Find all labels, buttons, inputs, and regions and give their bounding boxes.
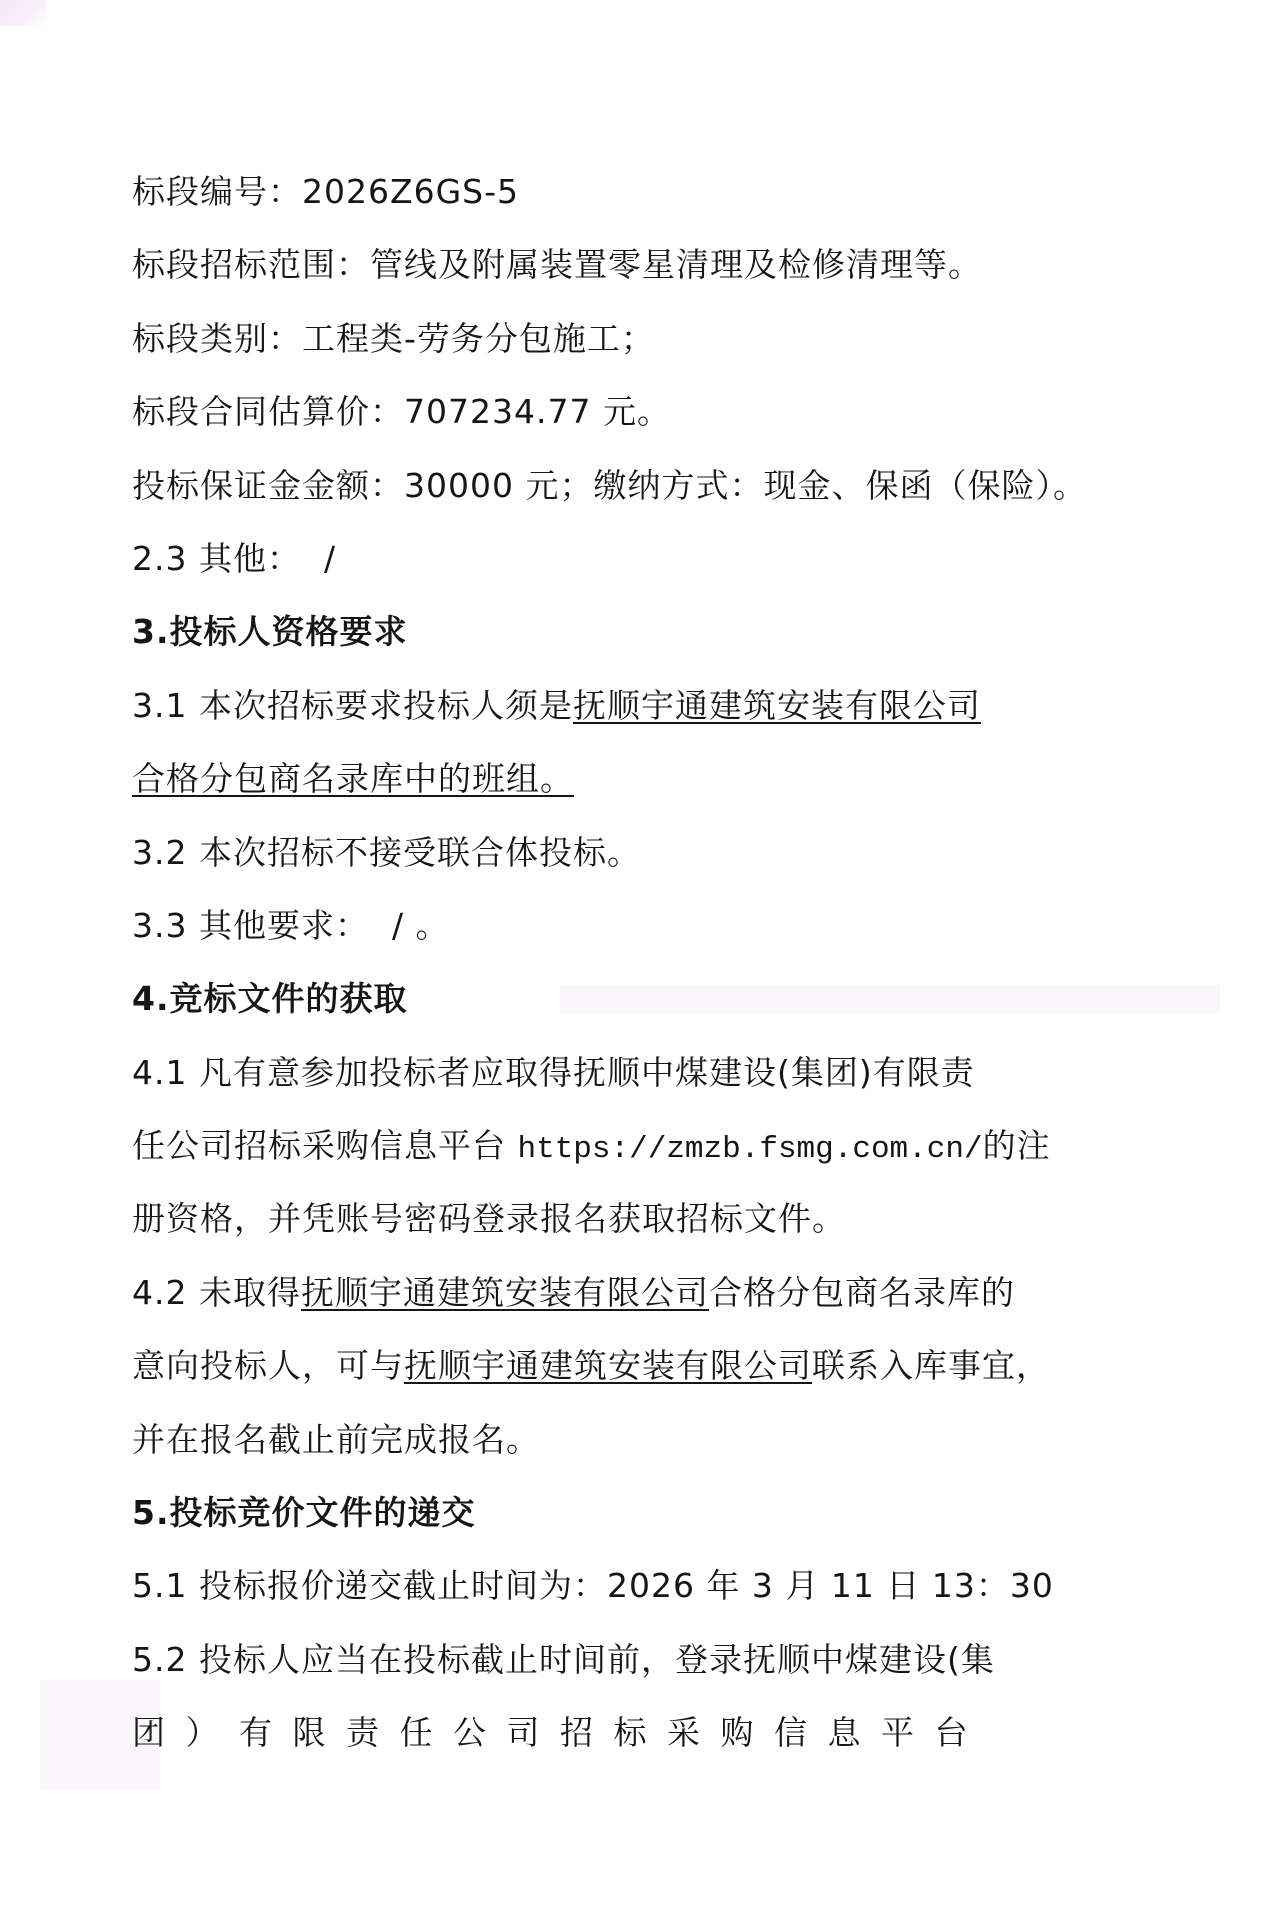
other-2-3: 2.3 其他： /: [132, 522, 1092, 595]
lot-number-line: 标段编号：2026Z6GS-5: [132, 155, 1092, 228]
item-3-1-line2: 合格分包商名录库中的班组。: [132, 742, 1092, 815]
lot-category-line: 标段类别：工程类-劳务分包施工；: [132, 302, 1092, 375]
item-3-3: 3.3 其他要求： / 。: [132, 889, 1092, 962]
lot-number-label: 标段编号：: [132, 172, 302, 211]
item-4-2-line2-suffix: 联系入库事宜，: [812, 1346, 1050, 1385]
lot-scope-line: 标段招标范围：管线及附属装置零星清理及检修清理等。: [132, 228, 1092, 301]
document-page: 标段编号：2026Z6GS-5 标段招标范围：管线及附属装置零星清理及检修清理等…: [132, 155, 1092, 1770]
section-5-heading: 5.投标竞价文件的递交: [132, 1476, 1092, 1549]
section-3-heading: 3.投标人资格要求: [132, 595, 1092, 668]
scan-artifact: [0, 0, 46, 26]
lot-scope-value: 管线及附属装置零星清理及检修清理等。: [370, 245, 982, 284]
item-4-1-line2: 任公司招标采购信息平台 https://zmzb.fsmg.com.cn/的注: [132, 1109, 1092, 1182]
item-3-1-line1: 3.1 本次招标要求投标人须是抚顺宇通建筑安装有限公司: [132, 669, 1092, 742]
company-name-underlined: 抚顺宇通建筑安装有限公司: [573, 686, 981, 725]
platform-name: 任公司招标采购信息平台: [132, 1126, 518, 1165]
bid-deposit-label: 投标保证金金额：: [132, 466, 404, 505]
item-4-2-suffix: 合格分包商名录库的: [709, 1273, 1015, 1312]
lot-category-label: 标段类别：: [132, 319, 302, 358]
item-3-1-text: 3.1 本次招标要求投标人须是: [132, 686, 573, 725]
item-4-1-line3: 册资格，并凭账号密码登录报名获取招标文件。: [132, 1182, 1092, 1255]
contract-estimate-label: 标段合同估算价：: [132, 392, 404, 431]
item-4-2-line1: 4.2 未取得抚顺宇通建筑安装有限公司合格分包商名录库的: [132, 1256, 1092, 1329]
company-name-underlined: 抚顺宇通建筑安装有限公司: [301, 1273, 709, 1312]
item-4-2-line2: 意向投标人，可与抚顺宇通建筑安装有限公司联系入库事宜，: [132, 1329, 1092, 1402]
lot-scope-label: 标段招标范围：: [132, 245, 370, 284]
item-5-1-deadline: 5.1 投标报价递交截止时间为：2026 年 3 月 11 日 13：30: [132, 1549, 1092, 1622]
contract-estimate-value: 707234.77 元。: [404, 392, 671, 431]
section-4-heading: 4.竞标文件的获取: [132, 962, 1092, 1035]
contract-estimate-line: 标段合同估算价：707234.77 元。: [132, 375, 1092, 448]
item-4-2-line2-prefix: 意向投标人，可与: [132, 1346, 404, 1385]
item-4-2-line3: 并在报名截止前完成报名。: [132, 1403, 1092, 1476]
platform-url-link[interactable]: https://zmzb.fsmg.com.cn/: [518, 1132, 983, 1167]
lot-number-value: 2026Z6GS-5: [302, 172, 519, 211]
item-4-1-line2-suffix: 的注: [983, 1126, 1051, 1165]
qualified-roster-underlined: 合格分包商名录库中的班组。: [132, 759, 574, 798]
company-name-underlined: 抚顺宇通建筑安装有限公司: [404, 1346, 812, 1385]
item-5-2-line1: 5.2 投标人应当在投标截止时间前，登录抚顺中煤建设(集: [132, 1623, 1092, 1696]
lot-category-value: 工程类-劳务分包施工；: [302, 319, 655, 358]
item-5-2-line2: 团）有限责任公司招标采购信息平台: [132, 1696, 1092, 1769]
bid-deposit-value: 30000 元；缴纳方式：现金、保函（保险）。: [404, 466, 1087, 505]
bid-deposit-line: 投标保证金金额：30000 元；缴纳方式：现金、保函（保险）。: [132, 449, 1092, 522]
item-4-2-prefix: 4.2 未取得: [132, 1273, 301, 1312]
item-4-1-line1: 4.1 凡有意参加投标者应取得抚顺中煤建设(集团)有限责: [132, 1036, 1092, 1109]
item-3-2: 3.2 本次招标不接受联合体投标。: [132, 816, 1092, 889]
